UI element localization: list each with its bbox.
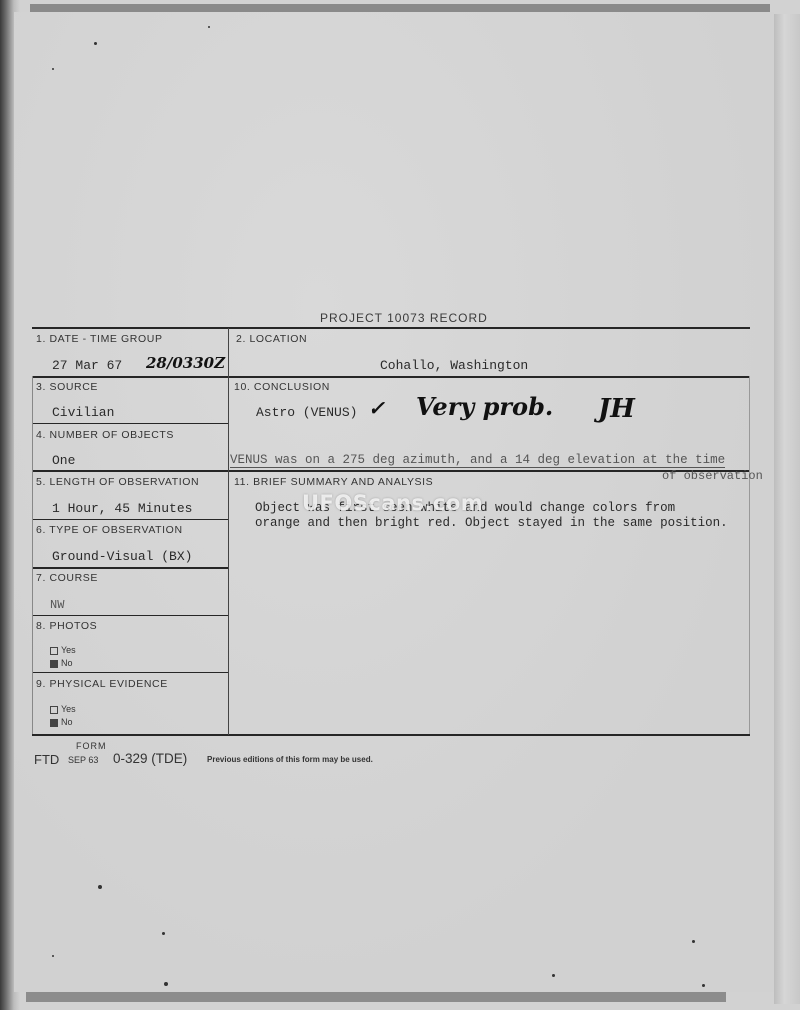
scan-edge-top xyxy=(30,4,770,12)
rule-bottom xyxy=(32,734,750,736)
length-of-observation-value: 1 Hour, 45 Minutes xyxy=(52,501,192,516)
photos-option-no-label: No xyxy=(61,658,73,668)
rule-right-edge xyxy=(749,376,750,734)
footer-form-id: FTD xyxy=(34,752,59,767)
physical-evidence-option-yes[interactable]: Yes xyxy=(50,704,76,714)
footer-form-number: 0-329 (TDE) xyxy=(113,751,187,766)
rule-row3 xyxy=(32,470,750,472)
conclusion-note-line1: VENUS was on a 275 deg azimuth, and a 14… xyxy=(230,453,725,468)
checkbox-checked-icon xyxy=(50,719,58,727)
scan-edge-bottom xyxy=(26,992,726,1002)
dust-speck xyxy=(52,955,54,957)
photos-option-yes-label: Yes xyxy=(61,645,76,655)
number-of-objects-label: 4. NUMBER OF OBJECTS xyxy=(36,429,174,441)
dust-speck xyxy=(692,940,695,943)
source-value: Civilian xyxy=(52,405,114,420)
rule-left-7 xyxy=(32,615,228,616)
checkmark-icon: ✓ xyxy=(368,396,385,420)
dust-speck xyxy=(162,932,165,935)
conclusion-value: Astro (VENUS) xyxy=(256,405,357,420)
footer-note: Previous editions of this form may be us… xyxy=(207,755,373,764)
physical-evidence-option-no[interactable]: No xyxy=(50,717,73,727)
rule-left-edge xyxy=(32,376,33,734)
dust-speck xyxy=(94,42,97,45)
date-value: 27 Mar 67 xyxy=(52,358,122,373)
dust-speck xyxy=(208,26,210,28)
location-label: 2. LOCATION xyxy=(236,333,307,345)
rule-left-5 xyxy=(32,519,228,520)
photos-option-no[interactable]: No xyxy=(50,658,73,668)
length-of-observation-label: 5. LENGTH OF OBSERVATION xyxy=(36,476,199,488)
physical-evidence-option-no-label: No xyxy=(61,717,73,727)
time-handwritten: 28/0330Z xyxy=(146,354,225,372)
checkbox-icon xyxy=(50,706,58,714)
scan-edge-right xyxy=(774,14,800,1004)
watermark: UFOScans.com xyxy=(302,491,483,515)
checkbox-checked-icon xyxy=(50,660,58,668)
rule-top xyxy=(32,327,750,329)
type-of-observation-label: 6. TYPE OF OBSERVATION xyxy=(36,524,183,536)
location-value: Cohallo, Washington xyxy=(380,358,528,373)
dust-speck xyxy=(164,982,168,986)
dust-speck xyxy=(52,68,54,70)
type-of-observation-value: Ground-Visual (BX) xyxy=(52,549,192,564)
photos-option-yes[interactable]: Yes xyxy=(50,645,76,655)
footer-form-date: SEP 63 xyxy=(68,755,98,765)
date-time-group-label: 1. DATE - TIME GROUP xyxy=(36,333,163,345)
handwritten-note: Very prob. xyxy=(416,392,553,421)
number-of-objects-value: One xyxy=(52,453,75,468)
dust-speck xyxy=(702,984,705,987)
footer-form-word: FORM xyxy=(76,741,107,751)
source-label: 3. SOURCE xyxy=(36,381,98,393)
course-label: 7. COURSE xyxy=(36,572,98,584)
rule-left-6 xyxy=(32,567,228,569)
dust-speck xyxy=(552,974,555,977)
checkbox-icon xyxy=(50,647,58,655)
form-title: PROJECT 10073 RECORD xyxy=(320,311,488,325)
handwritten-initials: JH xyxy=(598,394,635,424)
physical-evidence-option-yes-label: Yes xyxy=(61,704,76,714)
rule-left-3 xyxy=(32,423,228,424)
rule-left-8 xyxy=(32,672,228,673)
conclusion-label: 10. CONCLUSION xyxy=(234,381,330,393)
brief-summary-label: 11. BRIEF SUMMARY AND ANALYSIS xyxy=(234,476,433,488)
photos-label: 8. PHOTOS xyxy=(36,620,97,632)
rule-column-divider xyxy=(228,328,229,735)
rule-row1 xyxy=(32,376,750,378)
physical-evidence-label: 9. PHYSICAL EVIDENCE xyxy=(36,678,168,690)
conclusion-note-line2: of observation xyxy=(662,469,763,483)
brief-summary-line2: orange and then bright red. Object staye… xyxy=(255,516,728,530)
course-value: NW xyxy=(50,598,64,612)
dust-speck xyxy=(98,885,102,889)
